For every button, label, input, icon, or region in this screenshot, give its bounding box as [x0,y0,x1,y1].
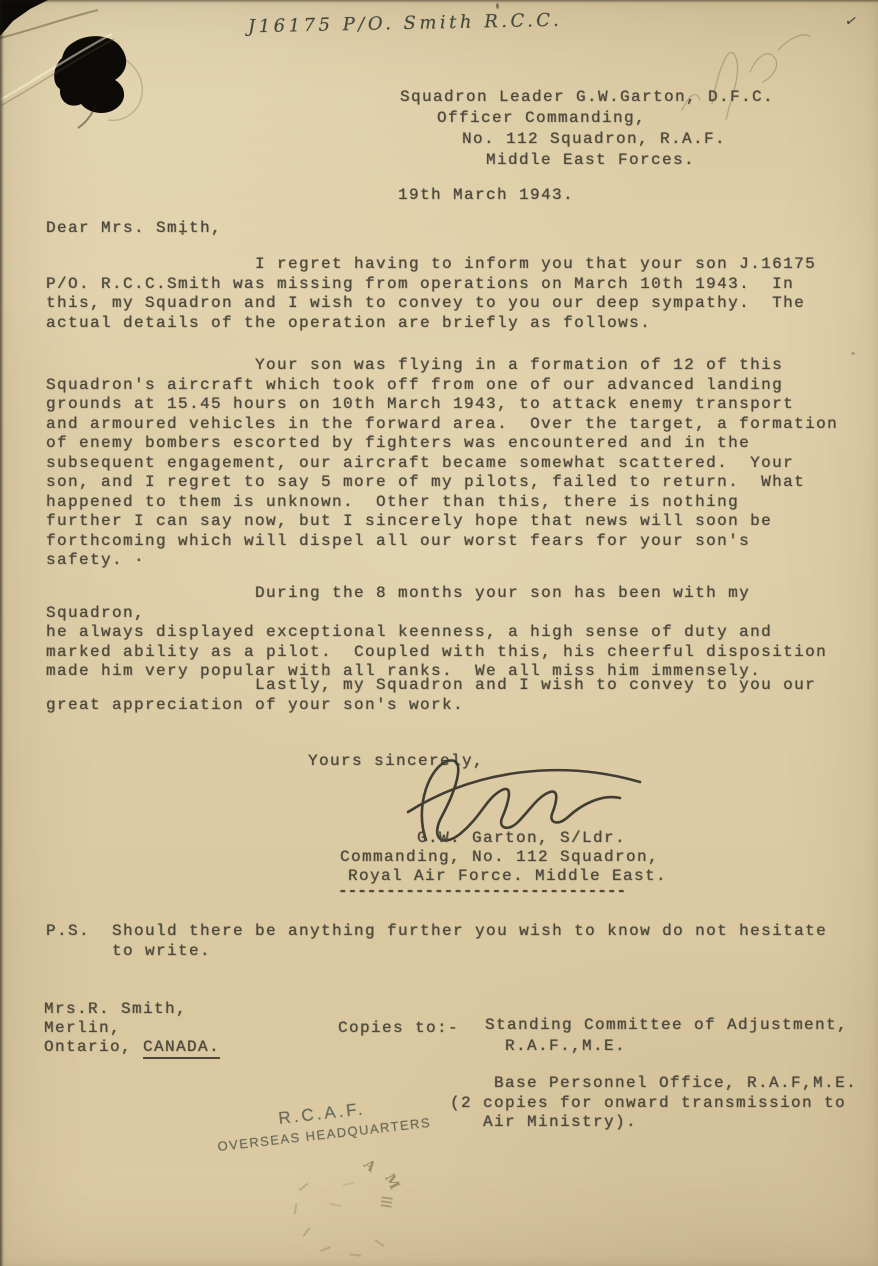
copy-2-block: Base Personnel Office, R.A.F,M.E. (2 cop… [450,1074,870,1133]
round-stamp-mark [320,1246,331,1252]
copy-1-line-1: Standing Committee of Adjustment, [485,1016,848,1036]
copies-label: Copies to:- [338,1019,459,1039]
recipient-name: Mrs.R. Smith, [44,1000,187,1020]
round-stamp-mark [350,1253,361,1256]
round-stamp-mark [302,1227,310,1237]
paper-speck [181,232,184,235]
letterhead-line-1: Squadron Leader G.W.Garton, D.F.C. [400,88,774,108]
rcaf-overseas-hq-stamp: R.C.A.F. OVERSEAS HEADQUARTERS [207,1091,440,1155]
salutation: Dear Mrs. Smith, [46,219,222,239]
signature-rule: ------------------------------ [338,882,626,902]
round-stamp-letter-m: M [381,1171,402,1192]
round-stamp-mark [330,1203,341,1207]
letterhead-line-3: No. 112 Squadron, R.A.F. [462,130,726,150]
paper-speck [325,673,328,676]
paper-speck [496,3,499,9]
letterhead-line-4: Middle East Forces. [486,151,695,171]
letterhead-line-2: Officer Commanding, [437,109,646,129]
handwritten-service-number: J16175 P/O. Smith R.C.C. [248,10,563,38]
round-stamp-mark [380,1196,393,1209]
recipient-province-text: Ontario, [44,1038,143,1056]
pencil-scribble [666,14,816,144]
paragraph-4: Lastly, my Squadron and I wish to convey… [46,676,856,715]
recipient-country-underlined: CANADA. [143,1038,220,1059]
round-stamp-mark [374,1239,384,1247]
date-line: 19th March 1943. [398,186,574,206]
round-stamp-letter-a: A [360,1156,379,1175]
round-stamp-mark [299,1183,309,1192]
copy-1-line-2: R.A.F.,M.E. [505,1037,626,1057]
postscript: P.S. Should there be anything further yo… [46,922,866,961]
recipient-province: Ontario, CANADA. [44,1038,220,1058]
paragraph-2: Your son was flying in a formation of 12… [46,356,856,571]
torn-corner-damage [0,0,230,190]
paragraph-1: I regret having to inform you that your … [46,255,856,333]
signatory-title: Commanding, No. 112 Squadron, [340,848,659,868]
round-stamp-mark [294,1203,298,1214]
recipient-town: Merlin, [44,1019,121,1039]
round-stamp-mark [343,1182,354,1186]
letter-page: J16175 P/O. Smith R.C.C. ✓ Squadron Lead… [0,0,878,1266]
paragraph-3: During the 8 months your son has been wi… [46,584,856,682]
signatory-name: G.W. Garton, S/Ldr. [417,829,626,849]
paper-speck [851,352,855,355]
checkmark-annotation: ✓ [843,11,859,31]
